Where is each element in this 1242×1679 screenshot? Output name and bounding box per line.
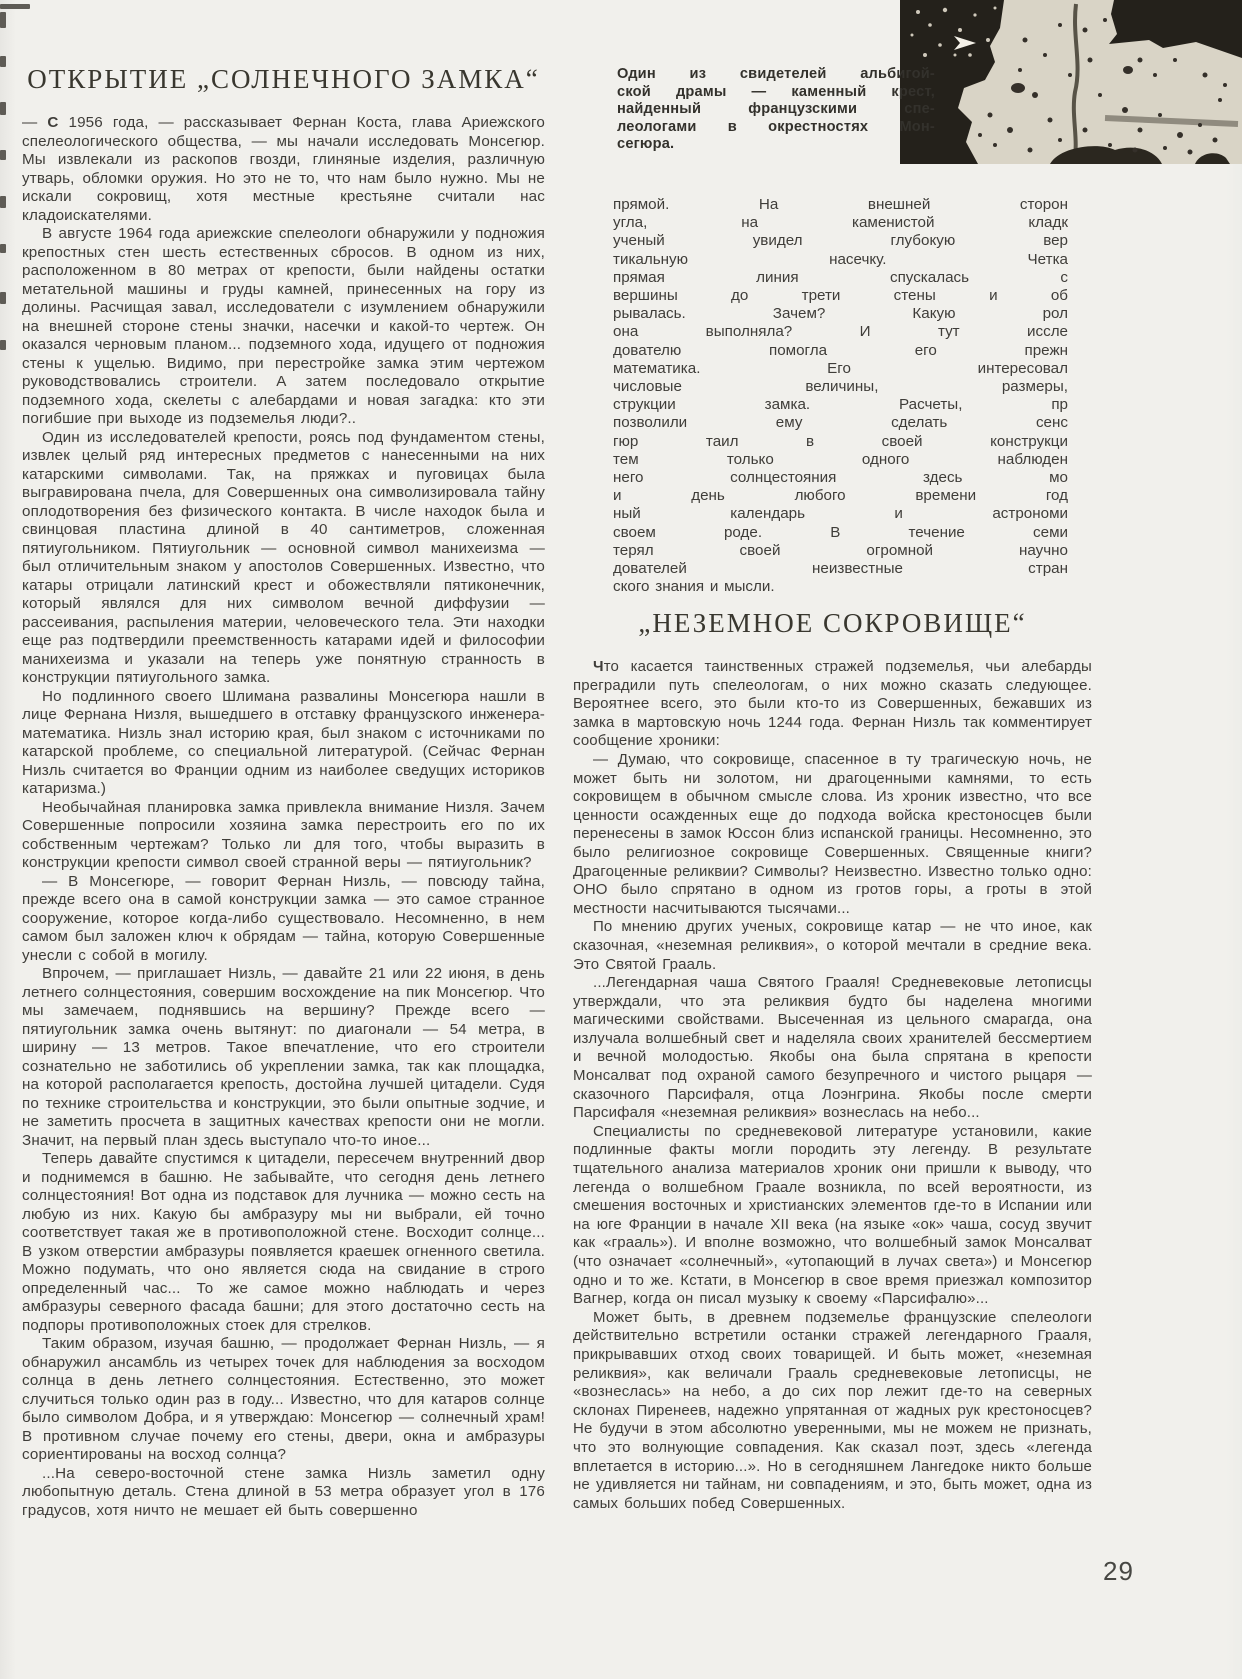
page-number: 29	[1103, 1556, 1134, 1587]
text-line: математика. Его интересовал	[613, 360, 1068, 378]
right-column-paragraphs: Что касается таинственных стражей подзем…	[573, 658, 1092, 1513]
paragraph: По мнению других ученых, сокровище катар…	[573, 918, 1092, 974]
paragraph: Впрочем, — приглашает Низль, — давайте 2…	[22, 965, 545, 1150]
text-line: терял своей огромной научно	[613, 542, 1068, 560]
scan-artifact	[0, 244, 6, 253]
text-line: прямой. На внешней сторон	[613, 196, 1068, 214]
right-column: „НЕЗЕМНОЕ СОКРОВИЩЕ“ Что касается таинст…	[573, 606, 1092, 1513]
paragraph: Один из исследователей крепости, роясь п…	[22, 429, 545, 688]
text-line: ный календарь и астрономи	[613, 505, 1068, 523]
text-line: ученый увидел глубокую вер	[613, 232, 1068, 250]
scan-artifact	[0, 102, 6, 115]
paragraph: — Думаю, что сокровище, спасенное в ту т…	[573, 751, 1092, 918]
paragraph: ...На северо-восточной стене замка Низль…	[22, 1465, 545, 1521]
text-line: своем роде. В течение семи	[613, 524, 1068, 542]
text-line: тем только одного наблюден	[613, 451, 1068, 469]
magazine-page: Один из свидетелей альбигой-ской драмы —…	[0, 0, 1242, 1679]
scan-artifact	[0, 12, 6, 28]
text-line: прямая линия спускалась с	[613, 269, 1068, 287]
text-line: дователю помогла его прежн	[613, 342, 1068, 360]
text-line: тикальную насечку. Четка	[613, 251, 1068, 269]
article-title-solar-castle: ОТКРЫТИЕ „СОЛНЕЧНОГО ЗАМКА“	[22, 62, 545, 96]
text-line: найденный французскими спе-	[617, 101, 935, 119]
scan-artifact	[0, 196, 6, 208]
text-line: него солнцестояния здесь мо	[613, 469, 1068, 487]
text-line: гюр таил в своей конструкци	[613, 433, 1068, 451]
paragraph: — В Монсегюре, — говорит Фернан Низль, —…	[22, 873, 545, 966]
photo-caption: Один из свидетелей альбигой-ской драмы —…	[617, 66, 935, 154]
text-line: дователей неизвестные стран	[613, 560, 1068, 578]
scan-artifact	[0, 56, 6, 67]
text-line: она выполняла? И тут иссле	[613, 323, 1068, 341]
paragraph: В августе 1964 года ариежские спелеологи…	[22, 225, 545, 429]
stone-cross-photo	[900, 0, 1242, 164]
left-column: ОТКРЫТИЕ „СОЛНЕЧНОГО ЗАМКА“ — С 1956 год…	[22, 62, 545, 1520]
text-line: числовые величины, размеры,	[613, 378, 1068, 396]
text-line: Один из свидетелей альбигой-	[617, 66, 935, 84]
text-line: и день любого времени год	[613, 487, 1068, 505]
paragraph: Необычайная планировка замка привлекла в…	[22, 799, 545, 873]
left-column-paragraphs: — С 1956 года, — рассказывает Фернан Кос…	[22, 114, 545, 1520]
paragraph: ...Легендарная чаша Святого Грааля! Сред…	[573, 974, 1092, 1123]
text-line: леологами в окрестностях Мон-	[617, 119, 935, 137]
scan-artifact	[0, 4, 30, 9]
text-line: ской драмы — каменный крест,	[617, 84, 935, 102]
scan-artifact	[0, 292, 6, 304]
text-line: позволили ему сделать сенс	[613, 414, 1068, 432]
paragraph: Что касается таинственных стражей подзем…	[573, 658, 1092, 751]
scan-artifact	[0, 340, 6, 350]
text-line: угла, на каменистой кладк	[613, 214, 1068, 232]
text-line: рывалась. Зачем? Какую рол	[613, 305, 1068, 323]
article-title-unearthly-treasure: „НЕЗЕМНОЕ СОКРОВИЩЕ“	[573, 606, 1092, 640]
paragraph: Специалисты по средневековой литературе …	[573, 1123, 1092, 1309]
text-line: вершины до трети стены и об	[613, 287, 1068, 305]
scan-artifact	[0, 150, 6, 160]
text-line: ского знания и мысли.	[613, 578, 1068, 596]
paragraph: Но подлинного своего Шлимана развалины М…	[22, 688, 545, 799]
paragraph: Теперь давайте спустимся к цитадели, пер…	[22, 1150, 545, 1335]
paragraph: — С 1956 года, — рассказывает Фернан Кос…	[22, 114, 545, 225]
paragraph: Может быть, в древнем подземелье француз…	[573, 1309, 1092, 1514]
paragraph: Таким образом, изучая башню, — продолжае…	[22, 1335, 545, 1465]
text-line: сегюра.	[617, 136, 935, 154]
right-column-truncated-text: прямой. На внешней сторонугла, на камени…	[613, 196, 1068, 596]
text-line: струкции замка. Расчеты, пр	[613, 396, 1068, 414]
